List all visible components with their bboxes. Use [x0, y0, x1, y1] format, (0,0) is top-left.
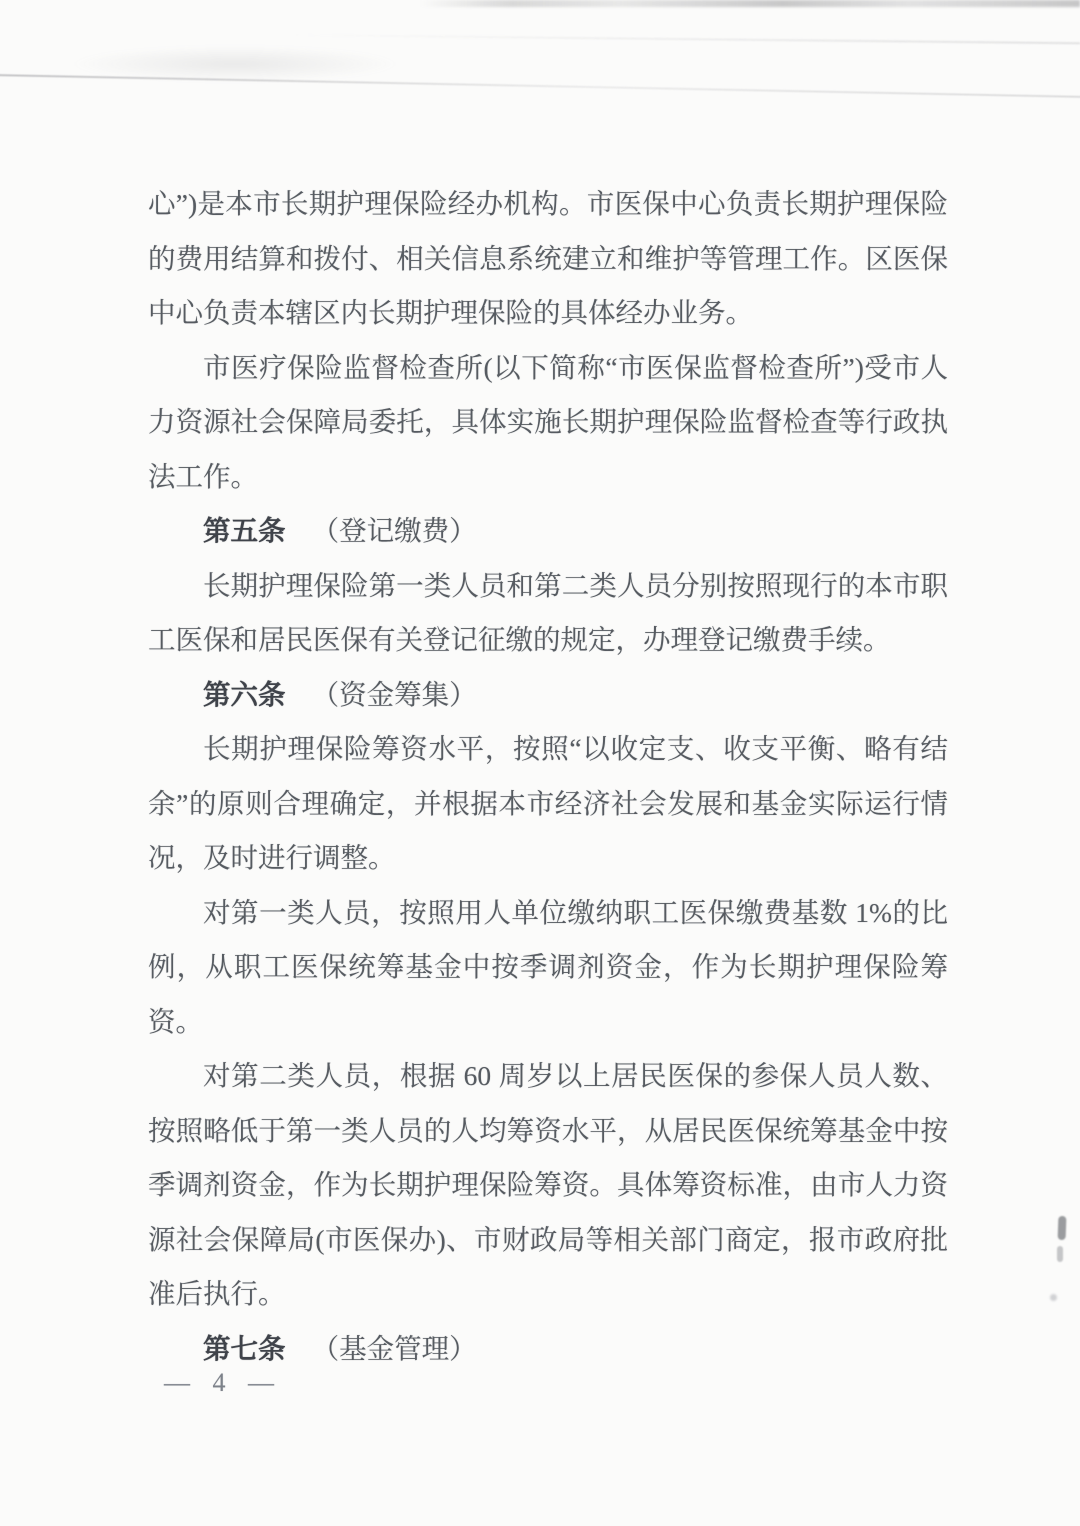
article-number: 第五条 [203, 515, 286, 546]
article-number: 第六条 [203, 679, 286, 710]
scan-noise-top-edge [420, 0, 1080, 7]
scan-smudge [70, 46, 400, 82]
paragraph: 心”)是本市长期护理保险经办机构。市医保中心负责长期护理保险的费用结算和拨付、相… [148, 177, 948, 341]
article-title: （基金管理） [312, 1333, 477, 1364]
paragraph: 市医疗保险监督检查所(以下简称“市医保监督检查所”)受市人力资源社会保障局委托，… [148, 341, 948, 505]
article-number: 第七条 [203, 1333, 286, 1364]
document-text: 心”)是本市长期护理保险经办机构。市医保中心负责长期护理保险的费用结算和拨付、相… [148, 177, 948, 1376]
paragraph: 长期护理保险第一类人员和第二类人员分别按照现行的本市职工医保和居民医保有关登记征… [148, 559, 948, 668]
article-title: （登记缴费） [312, 515, 477, 546]
scan-mark-right-edge-small [1057, 1246, 1063, 1262]
scan-crease-line-upper [290, 34, 1080, 44]
paragraph: 对第二类人员，根据 60 周岁以上居民医保的参保人员人数、按照略低于第一类人员的… [148, 1049, 948, 1322]
paragraph: 长期护理保险筹资水平，按照“以收定支、收支平衡、略有结余”的原则合理确定，并根据… [148, 722, 948, 886]
scan-mark-right-edge [1058, 1216, 1067, 1240]
article-heading: 第五条（登记缴费） [148, 504, 948, 559]
scan-speck [1050, 1294, 1057, 1301]
page-number: — 4 — [164, 1368, 277, 1398]
article-heading: 第六条（资金筹集） [148, 668, 948, 723]
article-title: （资金筹集） [312, 679, 477, 710]
document-page: 心”)是本市长期护理保险经办机构。市医保中心负责长期护理保险的费用结算和拨付、相… [0, 0, 1080, 1526]
paragraph: 对第一类人员，按照用人单位缴纳职工医保缴费基数 1%的比例，从职工医保统筹基金中… [148, 886, 948, 1050]
